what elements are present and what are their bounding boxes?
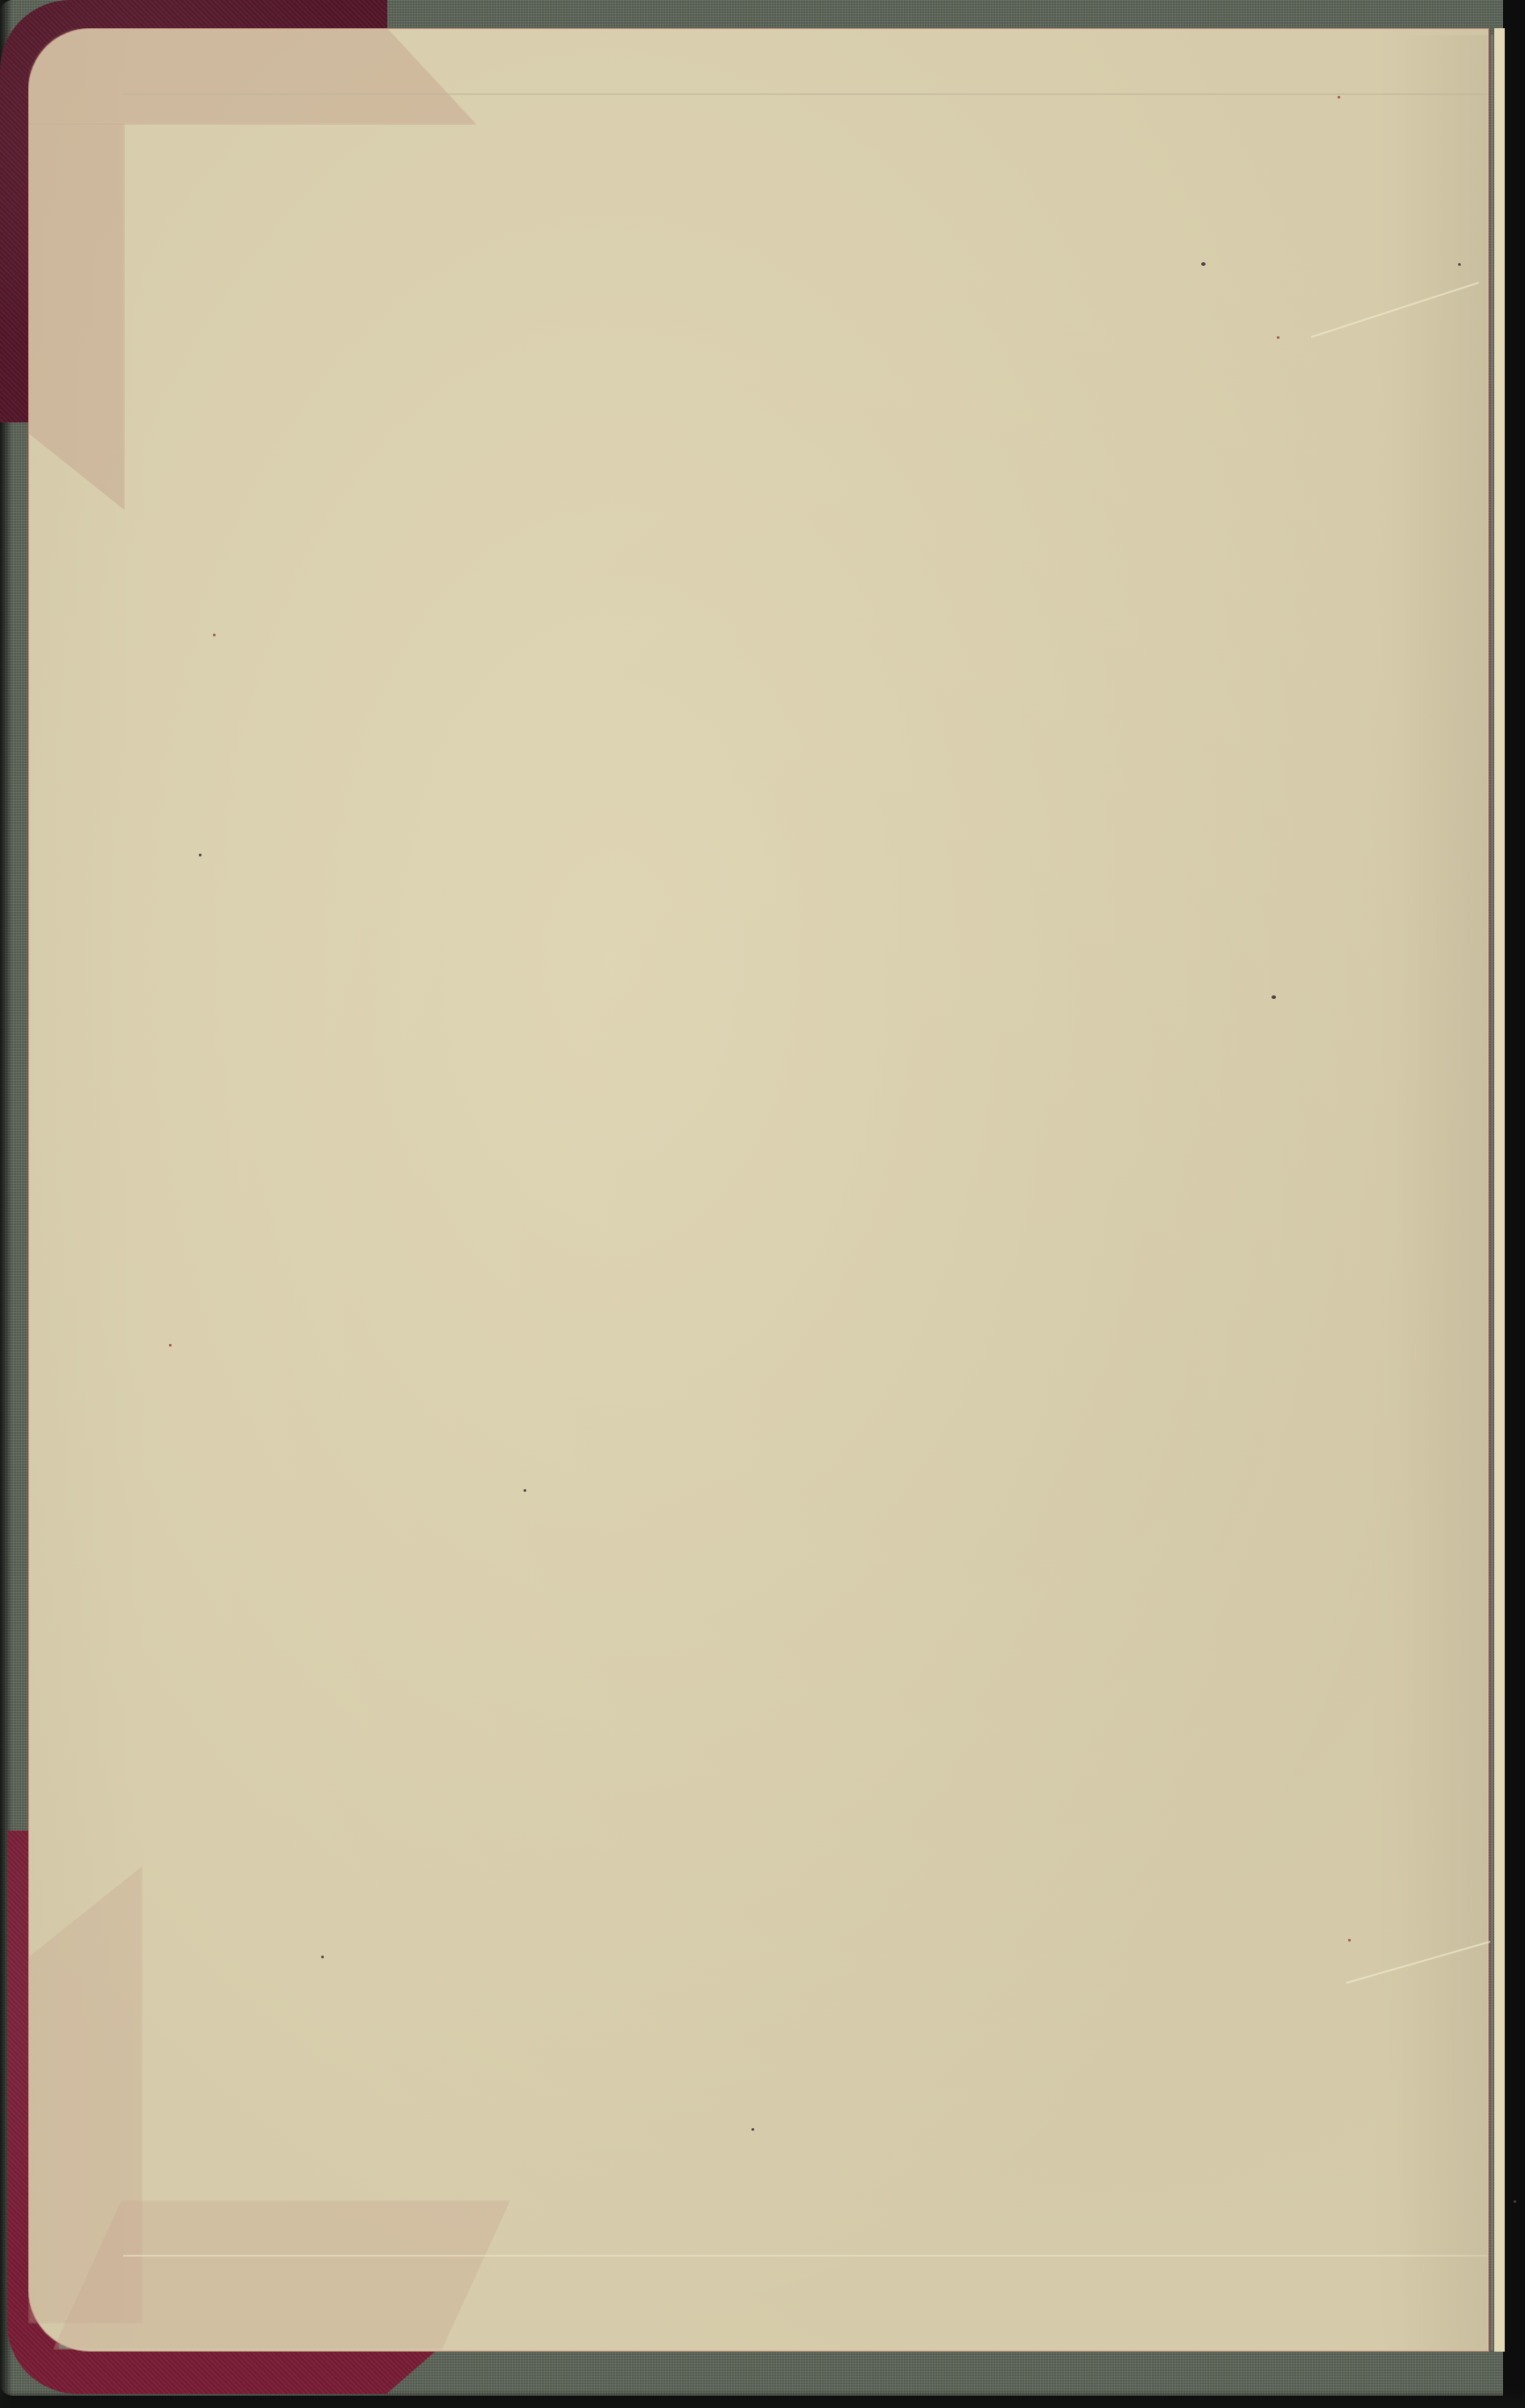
book-inside-cover bbox=[0, 0, 1525, 2408]
foxing-speck bbox=[752, 2128, 754, 2131]
foxing-speck bbox=[1458, 263, 1461, 266]
foxing-speck bbox=[321, 1956, 324, 1958]
bottom-turn-in-edge bbox=[123, 2255, 1487, 2257]
foxing-speck bbox=[1272, 995, 1276, 999]
foxing-speck bbox=[1338, 96, 1340, 99]
foxing-speck bbox=[524, 1489, 526, 1492]
foxing-speck bbox=[213, 634, 216, 636]
hinge-gutter-line bbox=[1491, 35, 1493, 2350]
foxing-speck bbox=[169, 1344, 172, 1347]
glue-mark-bottom-left-horizontal bbox=[53, 2200, 510, 2350]
foxing-speck bbox=[1348, 1939, 1351, 1942]
hinge-shadow bbox=[1399, 35, 1487, 2350]
foxing-speck bbox=[1514, 2200, 1516, 2203]
foxing-speck bbox=[1277, 336, 1279, 339]
top-turn-in-edge bbox=[123, 93, 1487, 95]
paste-down-endpaper bbox=[28, 28, 1489, 2352]
flyleaf-edge bbox=[1494, 28, 1505, 2352]
foxing-speck bbox=[1201, 262, 1206, 266]
foxing-speck bbox=[199, 854, 202, 856]
